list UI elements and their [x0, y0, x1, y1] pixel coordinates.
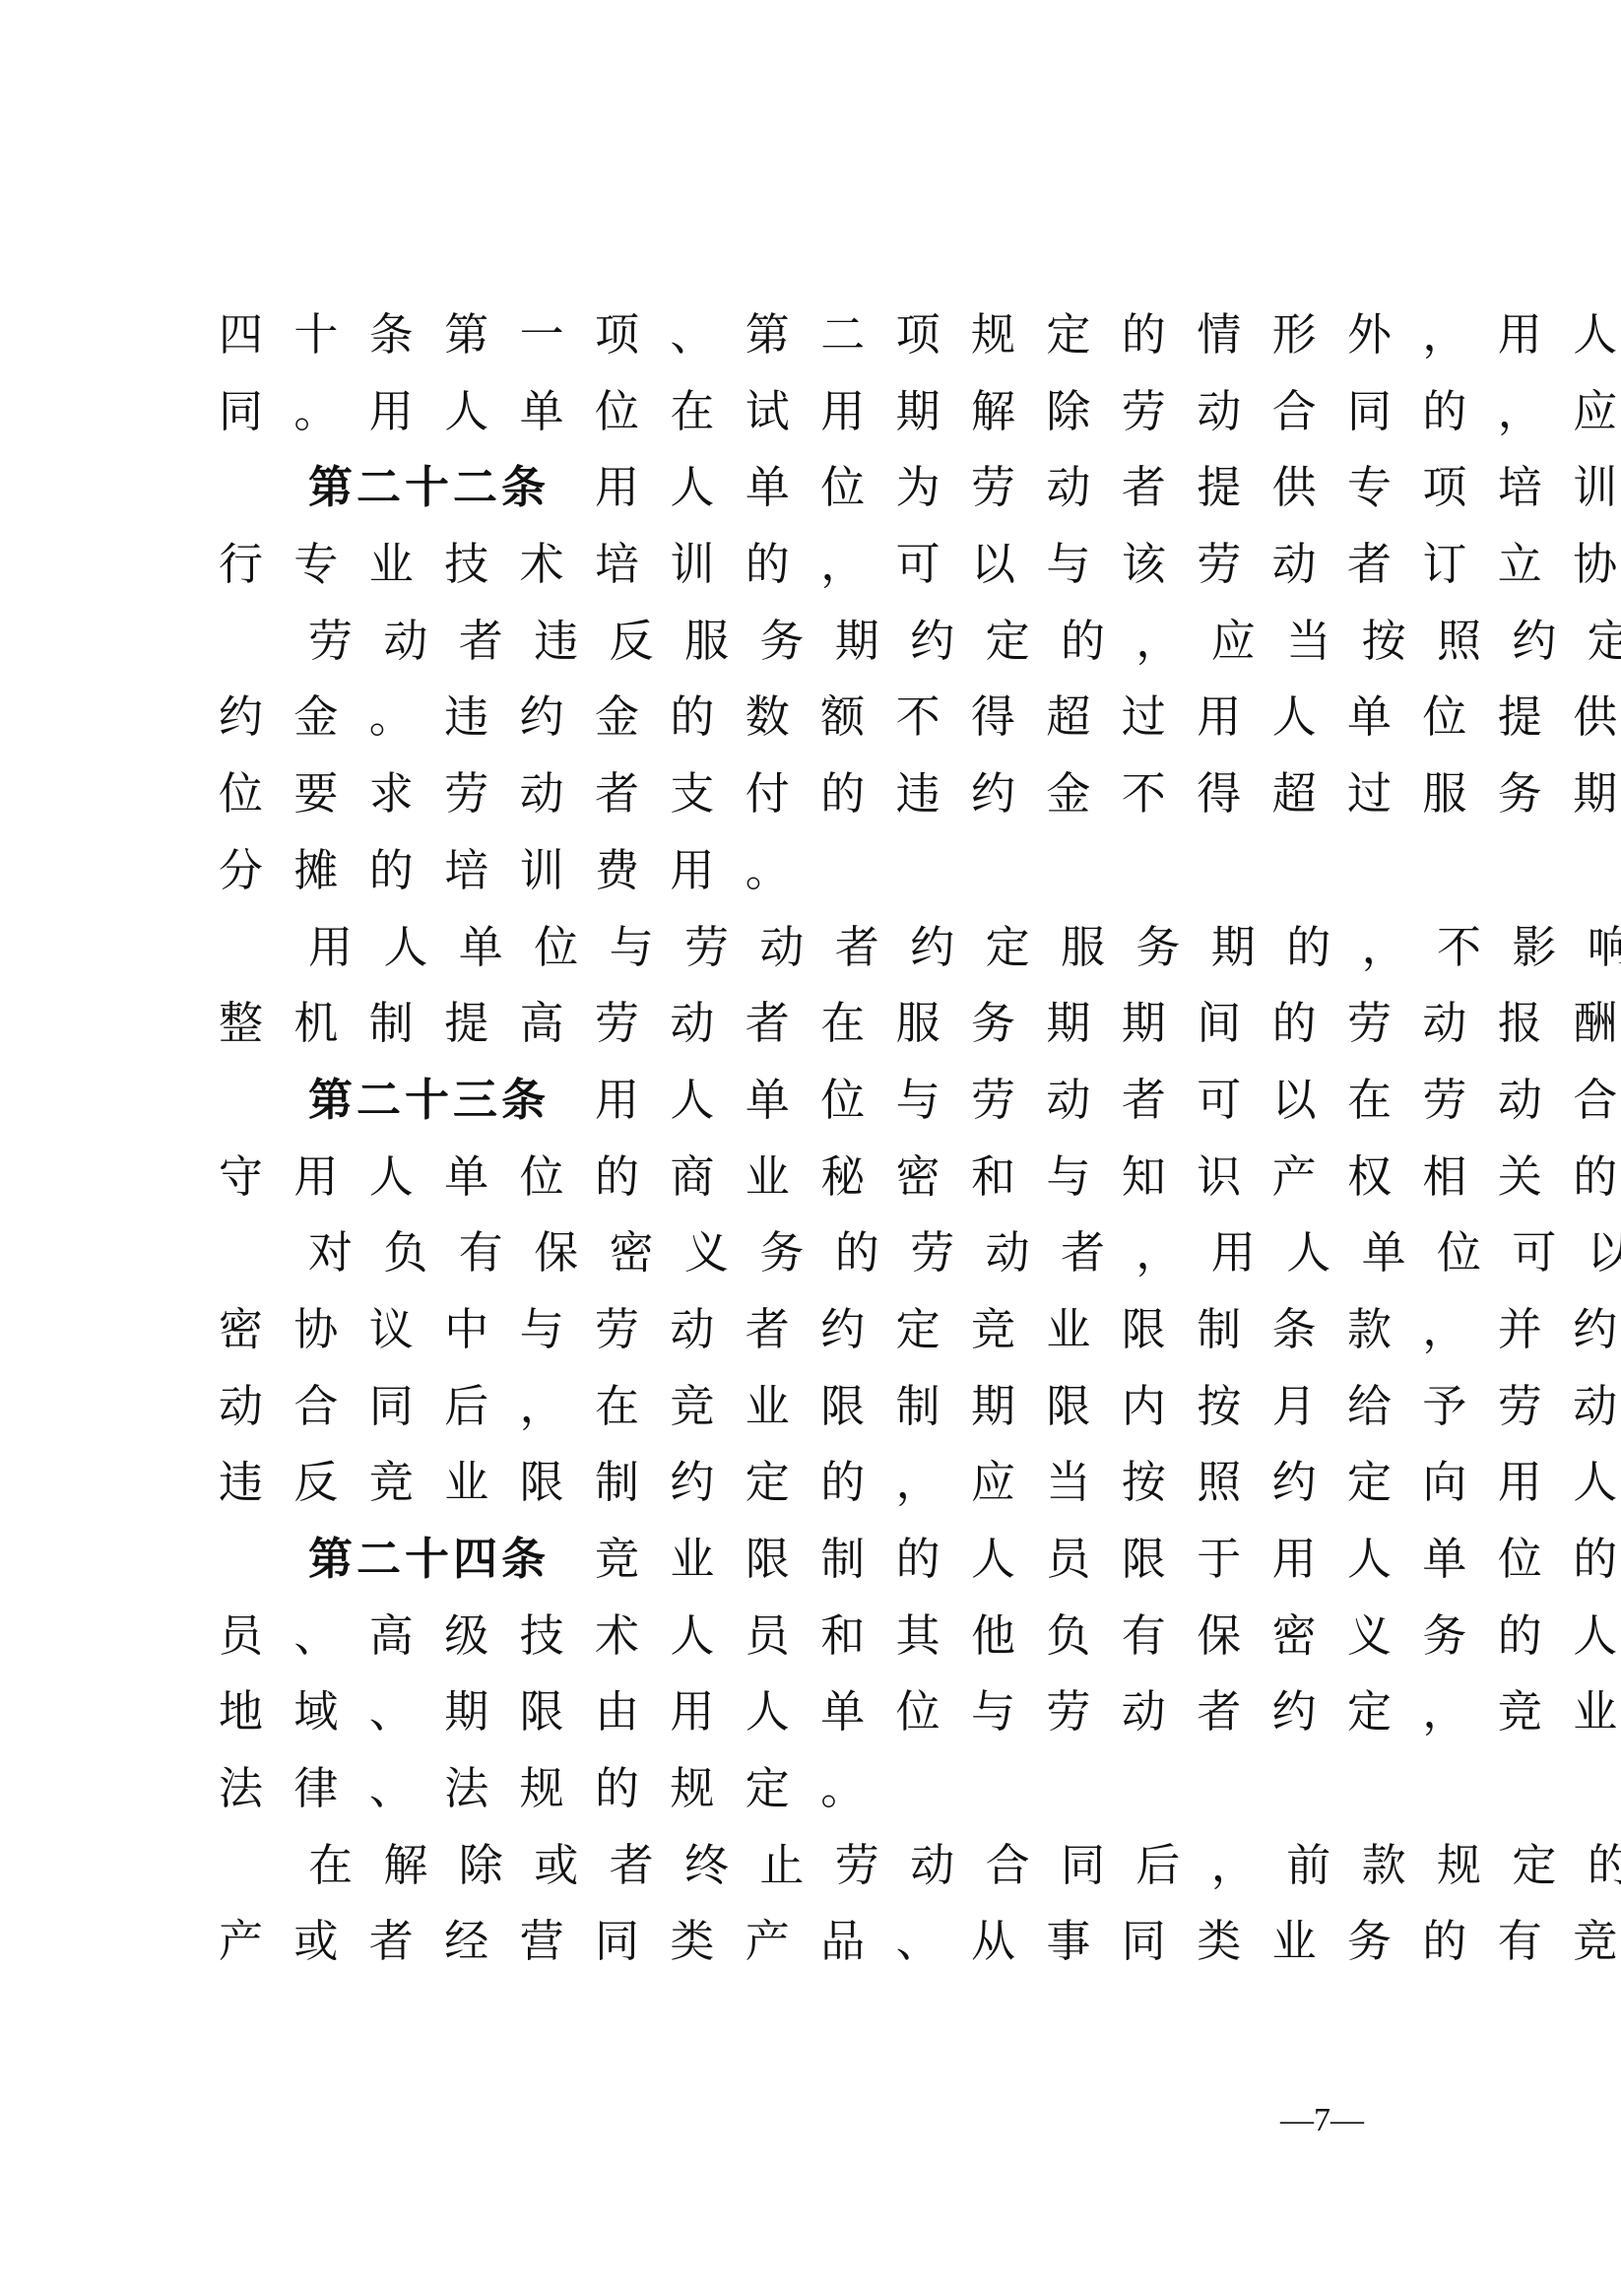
text-line: 违反竞业限制约定的，应当按照约定向用人单位支付违约金。 [219, 1444, 1440, 1521]
line-text: 用人单位与劳动者约定服务期的，不影响按照正常的工资调 [308, 921, 1621, 973]
body-text: 四十条第一项、第二项规定的情形外，用人单位不得解除劳动合同。用人单位在试用期解除… [219, 296, 1440, 1980]
line-text: 产或者经营同类产品、从事同类业务的有竞争关系的其他用人单 [219, 1915, 1621, 1967]
line-text: 行专业技术培训的，可以与该劳动者订立协议，约定服务期。 [219, 538, 1621, 590]
text-line: 第二十四条竞业限制的人员限于用人单位的高级管理人 [219, 1521, 1440, 1598]
text-line: 在解除或者终止劳动合同后，前款规定的人员到与本单位生 [219, 1827, 1440, 1904]
text-line: 劳动者违反服务期约定的，应当按照约定向用人单位支付违 [219, 603, 1440, 680]
text-line: 员、高级技术人员和其他负有保密义务的人员。竞业限制的范围、 [219, 1598, 1440, 1674]
line-text: 用人单位与劳动者可以在劳动合同中约定保 [595, 1074, 1621, 1126]
text-line: 行专业技术培训的，可以与该劳动者订立协议，约定服务期。 [219, 526, 1440, 603]
text-line: 地域、期限由用人单位与劳动者约定，竞业限制的约定不得违反 [219, 1673, 1440, 1750]
text-line: 密协议中与劳动者约定竞业限制条款，并约定在解除或者终止劳 [219, 1291, 1440, 1368]
text-line: 第二十三条用人单位与劳动者可以在劳动合同中约定保 [219, 1062, 1440, 1139]
line-text: 对负有保密义务的劳动者，用人单位可以在劳动合同或者保 [308, 1226, 1621, 1279]
line-text: 四十条第一项、第二项规定的情形外，用人单位不得解除劳动合 [219, 308, 1621, 361]
article-number: 第二十四条 [308, 1533, 550, 1585]
line-text: 位要求劳动者支付的违约金不得超过服务期尚未履行部分所应 [219, 767, 1621, 820]
text-line: 位要求劳动者支付的违约金不得超过服务期尚未履行部分所应 [219, 755, 1440, 832]
text-line: 整机制提高劳动者在服务期期间的劳动报酬。 [219, 985, 1440, 1062]
line-text: 劳动者违反服务期约定的，应当按照约定向用人单位支付违 [308, 615, 1621, 667]
line-text: 守用人单位的商业秘密和与知识产权相关的保密事项。 [219, 1150, 1621, 1203]
line-text: 地域、期限由用人单位与劳动者约定，竞业限制的约定不得违反 [219, 1685, 1621, 1738]
text-line: 分摊的培训费用。 [219, 832, 1440, 909]
text-line: 法律、法规的规定。 [219, 1750, 1440, 1827]
document-page: 四十条第一项、第二项规定的情形外，用人单位不得解除劳动合同。用人单位在试用期解除… [0, 0, 1621, 2296]
text-line: 四十条第一项、第二项规定的情形外，用人单位不得解除劳动合 [219, 296, 1440, 373]
line-text: 分摊的培训费用。 [219, 844, 820, 896]
line-text: 竞业限制的人员限于用人单位的高级管理人 [595, 1533, 1621, 1585]
line-text: 员、高级技术人员和其他负有保密义务的人员。竞业限制的范围、 [219, 1609, 1621, 1662]
article-number: 第二十二条 [308, 461, 550, 513]
line-text: 法律、法规的规定。 [219, 1762, 896, 1814]
article-number: 第二十三条 [308, 1074, 550, 1126]
line-text: 在解除或者终止劳动合同后，前款规定的人员到与本单位生 [308, 1839, 1621, 1891]
line-text: 用人单位为劳动者提供专项培训费用，对其进 [595, 461, 1621, 513]
text-line: 动合同后，在竞业限制期限内按月给予劳动者经济补偿。劳动者 [219, 1368, 1440, 1445]
page-number: —7— [1280, 2101, 1364, 2140]
text-line: 约金。违约金的数额不得超过用人单位提供的培训费用。用人单 [219, 679, 1440, 755]
text-line: 守用人单位的商业秘密和与知识产权相关的保密事项。 [219, 1139, 1440, 1215]
line-text: 动合同后，在竞业限制期限内按月给予劳动者经济补偿。劳动者 [219, 1380, 1621, 1432]
line-text: 密协议中与劳动者约定竞业限制条款，并约定在解除或者终止劳 [219, 1303, 1621, 1355]
text-line: 第二十二条用人单位为劳动者提供专项培训费用，对其进 [219, 449, 1440, 526]
text-line: 用人单位与劳动者约定服务期的，不影响按照正常的工资调 [219, 909, 1440, 986]
line-text: 同。用人单位在试用期解除劳动合同的，应当向劳动者说明理由。 [219, 385, 1621, 437]
text-line: 产或者经营同类产品、从事同类业务的有竞争关系的其他用人单 [219, 1903, 1440, 1980]
line-text: 约金。违约金的数额不得超过用人单位提供的培训费用。用人单 [219, 690, 1621, 743]
text-line: 同。用人单位在试用期解除劳动合同的，应当向劳动者说明理由。 [219, 373, 1440, 450]
line-text: 违反竞业限制约定的，应当按照约定向用人单位支付违约金。 [219, 1456, 1621, 1508]
text-line: 对负有保密义务的劳动者，用人单位可以在劳动合同或者保 [219, 1214, 1440, 1291]
line-text: 整机制提高劳动者在服务期期间的劳动报酬。 [219, 997, 1621, 1049]
